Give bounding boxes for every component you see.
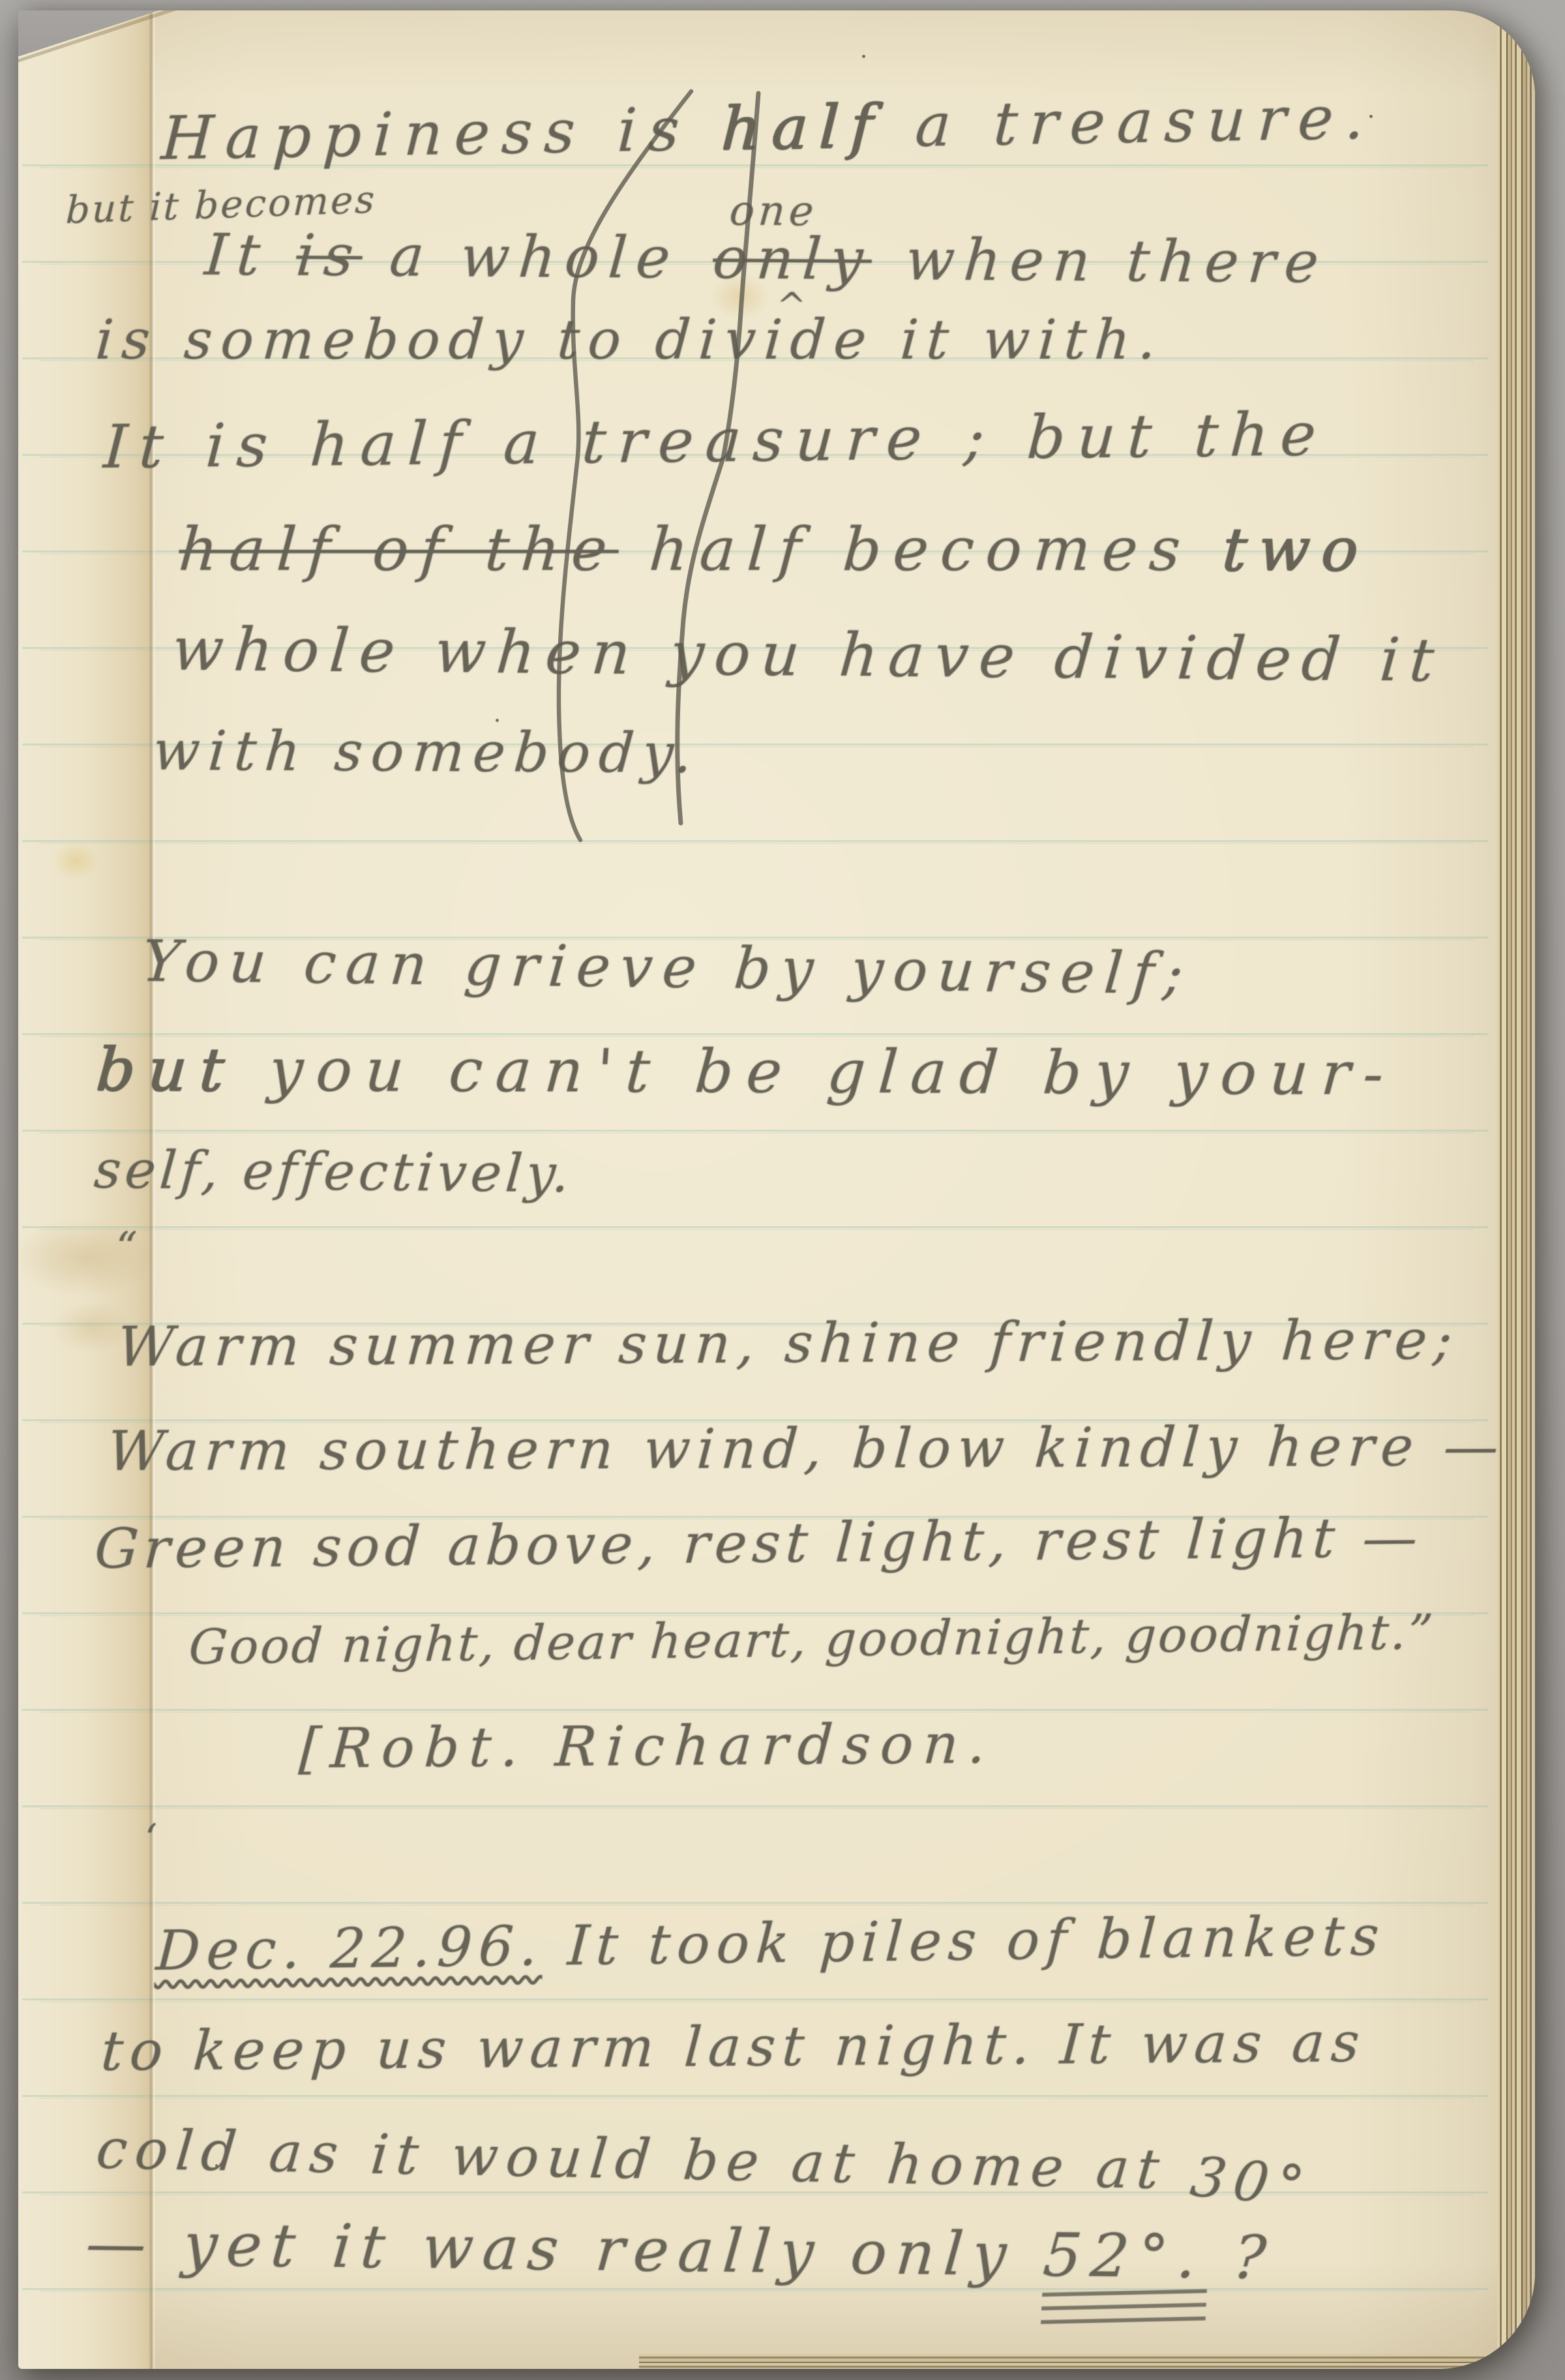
handwritten-line-half-becomes: half of the half becomes two	[177, 519, 1371, 581]
handwritten-line-with-somebody: with somebody.	[151, 723, 702, 783]
diary-entry-line: to keep us warm last night. It was as	[100, 2014, 1368, 2080]
text-segment: when there	[876, 226, 1330, 296]
text-segment: It took piles of blankets	[542, 1904, 1387, 1978]
deleted-word: is	[294, 222, 365, 290]
text-segment: [Robt. Richardson.	[297, 1712, 997, 1781]
paper-speck	[862, 55, 865, 58]
handwritten-line-somebody: is somebody to divide it with.	[94, 312, 1167, 369]
text-segment: to keep us warm last night. It was as	[99, 2010, 1367, 2083]
overwritten-word: two	[1221, 515, 1373, 584]
text-segment: a whole	[360, 222, 709, 292]
stray-pencil-mark: ‘	[145, 1818, 157, 1859]
handwritten-line-glad: but you can't be glad by your-	[95, 1038, 1399, 1106]
text-segment: “	[116, 1224, 138, 1272]
revision-stack: oneonly^	[711, 228, 874, 289]
page-content: Happiness is half a treasure. but it bec…	[18, 10, 1535, 2369]
temperature-30: 30°	[1187, 2148, 1315, 2216]
text-segment: — yet it was really only	[83, 2208, 1047, 2290]
text-segment: You can grieve by yourself;	[140, 927, 1195, 1008]
diary-entry-date-line: Dec. 22.96. It took piles of blankets	[155, 1908, 1387, 1980]
diary-entry-line-52: — yet it was really only 52°. ?	[83, 2212, 1277, 2289]
notebook-page: Happiness is half a treasure. but it bec…	[18, 10, 1535, 2369]
text-segment: self, effectively.	[92, 1139, 575, 1204]
text-segment: whole when you have divided it	[170, 614, 1447, 695]
query-mark: ?	[1202, 2222, 1277, 2293]
text-segment: Green sod above, rest light, rest light …	[93, 1505, 1424, 1581]
opening-quote-mark: “	[116, 1226, 138, 1270]
poem-line-southern-wind: Warm southern wind, blow kindly here —	[106, 1419, 1507, 1481]
handwritten-line-grieve: You can grieve by yourself;	[140, 931, 1195, 1004]
poem-line-warm-sun: Warm summer sun, shine friendly here;	[115, 1312, 1460, 1376]
deleted-phrase: half of the	[177, 515, 621, 584]
handwritten-line-whole: It is a whole oneonly^ when there	[203, 225, 1330, 292]
temperature-52-underlined: 52°.	[1041, 2224, 1208, 2289]
overwritten-word: but	[95, 1034, 240, 1105]
text-segment: It	[203, 221, 299, 289]
text-segment: you can't be glad by your-	[235, 1035, 1399, 1109]
text-segment: It is half a treasure ; but the	[102, 399, 1330, 482]
handwritten-line-effectively: self, effectively.	[92, 1143, 575, 1201]
notebook-scan: Happiness is half a treasure. but it bec…	[0, 0, 1565, 2380]
text-segment: with somebody.	[151, 719, 703, 785]
text-segment: Happiness is	[160, 94, 724, 173]
stacked-page-edges-right	[1497, 10, 1535, 2369]
text-segment: ‘	[145, 1816, 157, 1861]
text-segment: Warm summer sun, shine friendly here;	[115, 1308, 1461, 1379]
paper-stain	[53, 841, 99, 881]
underlined-date: Dec. 22.96.	[155, 1914, 546, 1983]
inserted-word: one	[728, 190, 820, 233]
text-segment: a treasure.	[883, 82, 1378, 160]
text-segment: half becomes	[616, 515, 1225, 584]
handwritten-line-whole-divided: whole when you have divided it	[170, 618, 1446, 692]
poem-line-green-sod: Green sod above, rest light, rest light …	[93, 1509, 1425, 1578]
attribution-line: [Robt. Richardson.	[298, 1716, 998, 1778]
overwritten-word: half	[720, 91, 886, 164]
stacked-page-edges-bottom	[639, 2354, 1526, 2369]
text-segment: Warm southern wind, blow kindly here —	[106, 1415, 1507, 1484]
handwritten-line-half-treasure: It is half a treasure ; but the	[102, 403, 1330, 478]
text-segment: is somebody to divide it with.	[94, 308, 1167, 372]
